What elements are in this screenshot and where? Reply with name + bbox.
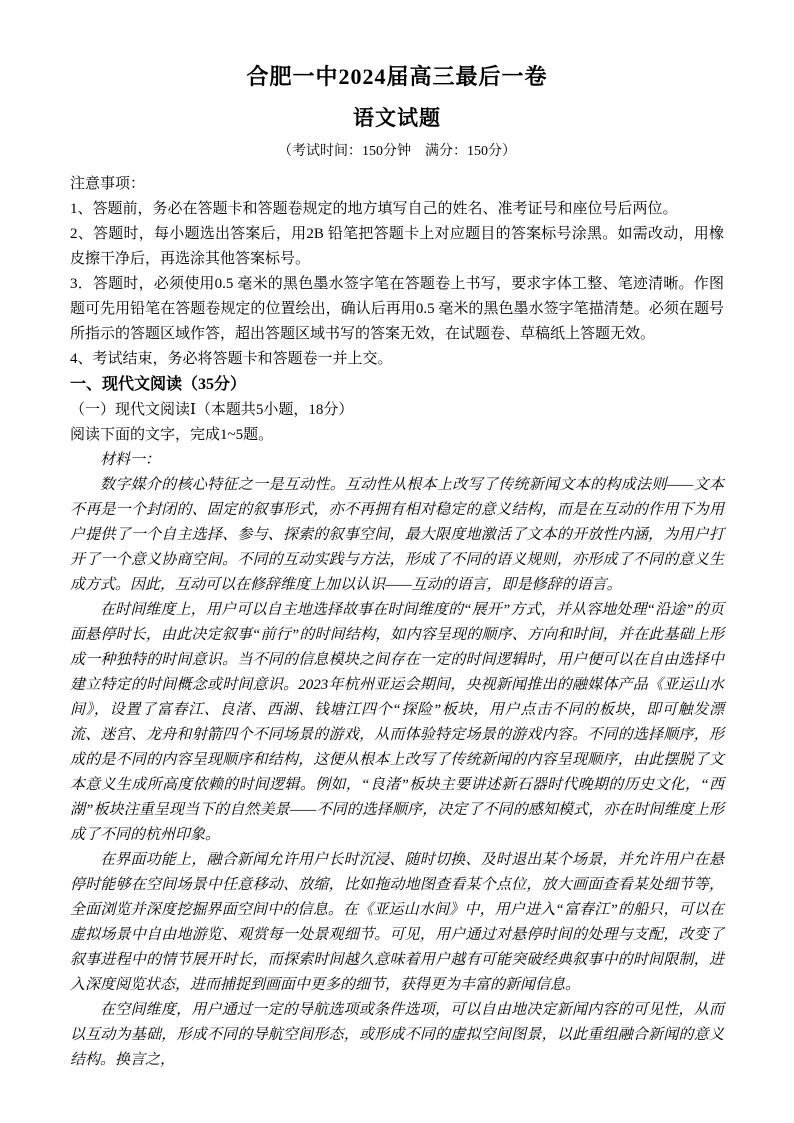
- material-paragraph: 在时间维度上，用户可以自主地选择故事在时间维度的“展开”方式，并从容地处理“沿途…: [70, 598, 724, 848]
- exam-info: （考试时间：150分钟 满分：150分）: [70, 141, 724, 163]
- notice-item: 2、答题时，每小题选出答案后，用2B 铅笔把答题卡上对应题目的答案标号涂黑。如需…: [70, 222, 724, 272]
- notice-item: 4、考试结束，务必将答题卡和答题卷一并上交。: [70, 347, 724, 372]
- material-paragraph: 数字媒介的核心特征之一是互动性。互动性从根本上改写了传统新闻文本的构成法则——文…: [70, 473, 724, 598]
- exam-paper-page: 合肥一中2024届高三最后一卷 语文试题 （考试时间：150分钟 满分：150分…: [0, 0, 794, 1123]
- notice-heading: 注意事项：: [70, 172, 724, 197]
- section-heading: 一、现代文阅读（35分）: [70, 372, 724, 398]
- notice-item: 3．答题时，必须使用0.5 毫米的黑色墨水签字笔在答题卷上书写，要求字体工整、笔…: [70, 272, 724, 347]
- material-paragraph: 在界面功能上，融合新闻允许用户长时沉浸、随时切换、及时退出某个场景，并允许用户在…: [70, 848, 724, 998]
- subsection-heading: （一）现代文阅读Ⅰ（本题共5小题，18分）: [70, 398, 724, 423]
- notice-list: 1、答题前，务必在答题卡和答题卷规定的地方填写自己的姓名、准考证号和座位号后两位…: [70, 197, 724, 372]
- doc-title: 合肥一中2024届高三最后一卷: [70, 62, 724, 92]
- material-label: 材料一：: [70, 448, 724, 473]
- material-paragraph: 在空间维度，用户通过一定的导航选项或条件选项，可以自由地决定新闻内容的可见性，从…: [70, 998, 724, 1073]
- reading-instruction: 阅读下面的文字，完成1~5题。: [70, 423, 724, 448]
- notice-item: 1、答题前，务必在答题卡和答题卷规定的地方填写自己的姓名、准考证号和座位号后两位…: [70, 197, 724, 222]
- material-body: 数字媒介的核心特征之一是互动性。互动性从根本上改写了传统新闻文本的构成法则——文…: [70, 473, 724, 1073]
- doc-subtitle: 语文试题: [70, 104, 724, 132]
